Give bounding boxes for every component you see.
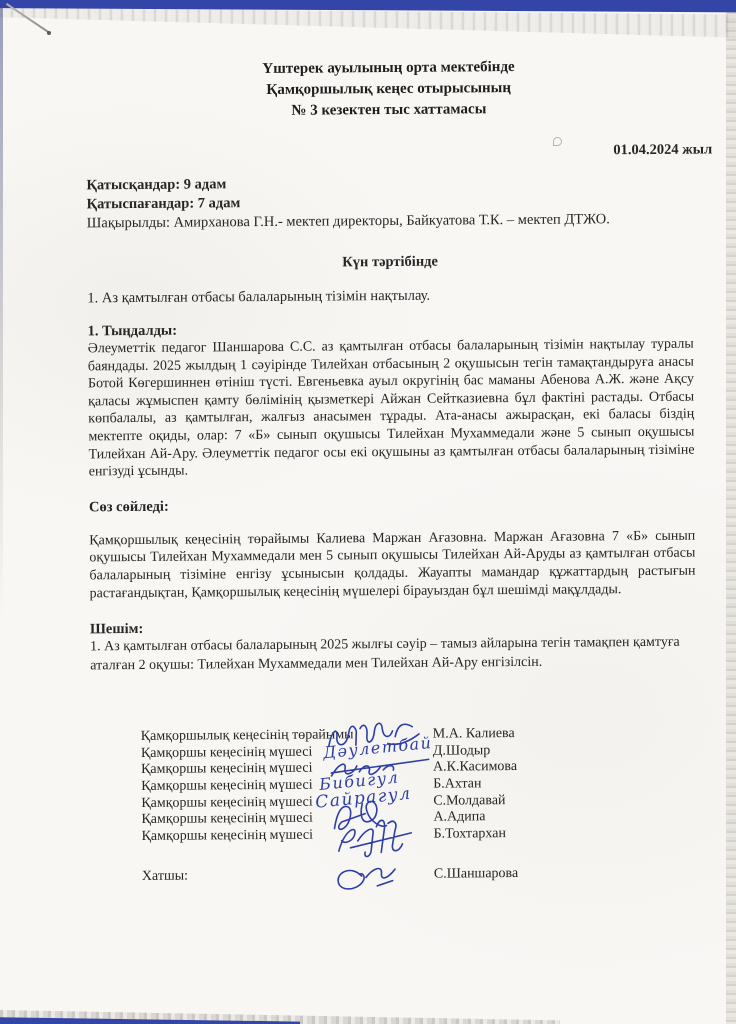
section-spoke-heading: Сөз сөйледі:	[89, 494, 695, 516]
signature-role-label: Қамқоршы кеңесінің мүшесі	[141, 794, 341, 812]
document-content: Үштерек ауылының орта мектебінде Қамқорш…	[85, 0, 698, 886]
signature-role-label: Қамқоршы кеңесінің мүшесі	[141, 744, 341, 762]
section-spoke-body: Қамқоршылық кеңесінің төрайымы Калиева М…	[89, 527, 696, 602]
signature-role-label: Қамқоршылық кеңесінің төрайымы	[141, 728, 341, 746]
document-date: 01.04.2024 жыл	[86, 141, 712, 163]
secretary-block: Хатшы: С.Шаншарова	[142, 865, 698, 886]
signature-block: Қамқоршылық кеңесінің төрайымы М.А. Кали…	[141, 725, 698, 846]
signature-name: С.Молдавай	[433, 791, 697, 810]
attendance-invited: Шақырылды: Амирханова Г.Н.- мектеп дирек…	[87, 210, 693, 234]
scanned-document-photo: Үштерек ауылының орта мектебінде Қамқорш…	[0, 0, 736, 1024]
signature-scribble-tokhtarkhan	[329, 812, 417, 863]
signature-name: А.К.Касимова	[433, 758, 697, 777]
section-decision-body: 1. Аз қамтылған отбасы балаларының 2025 …	[90, 634, 696, 676]
title-line-3: № 3 кезектен тыс хаттамасы	[86, 98, 692, 124]
signature-role-label: Қамқоршы кеңесінің мүшесі	[142, 827, 342, 845]
paper-right-edge-shadow	[726, 0, 736, 1024]
signature-name: Б.Ахтан	[433, 775, 697, 794]
signature-cell	[342, 867, 434, 884]
section-heard-body: Әлеуметтік педагог Шаншарова С.С. аз қам…	[88, 336, 695, 482]
document-title: Үштерек ауылының орта мектебінде Қамқорш…	[85, 56, 691, 124]
signature-role-label: Қамқоршы кеңесінің мүшесі	[141, 777, 341, 795]
scan-scratch-dot	[47, 31, 51, 35]
signature-name: А.Адипа	[433, 808, 697, 827]
secretary-name: С.Шаншарова	[434, 865, 698, 884]
signature-name: М.А. Калиева	[433, 725, 697, 744]
signature-role-label: Қамқоршы кеңесінің мүшесі	[141, 761, 341, 779]
agenda-heading: Күн тәртібінде	[87, 252, 693, 274]
attendance-block: Қатысқандар: 9 адам Қатыспағандар: 7 ада…	[86, 172, 692, 234]
secretary-label: Хатшы:	[142, 868, 342, 886]
photo-edge-left	[0, 0, 3, 620]
signature-name: Д.Шодыр	[433, 741, 697, 760]
agenda-item: 1. Аз қамтылған отбасы балаларының тізім…	[87, 286, 693, 308]
signature-role-label: Қамқоршы кеңесінің мүшесі	[141, 810, 341, 828]
signature-name: Б.Тохтархан	[433, 824, 697, 843]
signature-cell	[341, 826, 433, 843]
